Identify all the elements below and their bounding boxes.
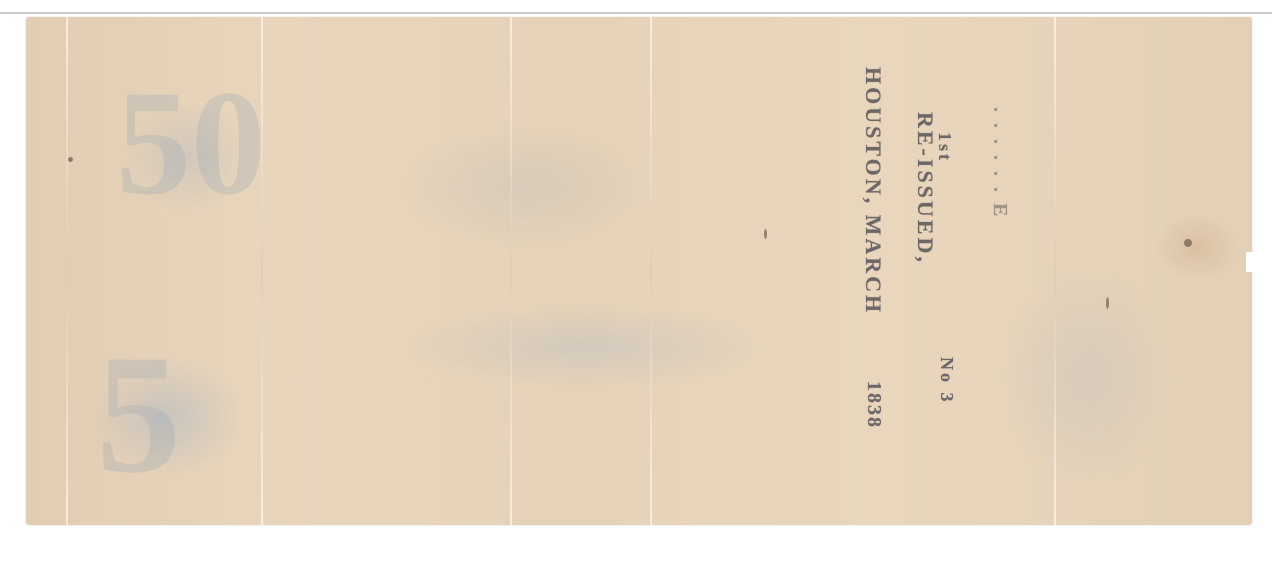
stain-spot: [68, 157, 73, 162]
stain-spot: [1184, 239, 1192, 247]
fold-crease: [650, 17, 652, 525]
stamp-faint-line: . . . . . . E: [988, 107, 1011, 219]
fold-crease: [1054, 17, 1056, 525]
stamp-year: 1838: [862, 381, 885, 429]
edge-tear: [1246, 252, 1254, 272]
fold-crease: [510, 17, 512, 525]
fold-crease: [66, 17, 68, 525]
scan-top-edge: [0, 12, 1272, 14]
bleed-through-denomination: 50: [116, 57, 266, 229]
bleed-through-denomination: 5: [96, 317, 181, 512]
stamp-first: 1st: [934, 132, 955, 163]
banknote-reverse: 50 5 HOUSTON, MARCH 1838 RE-ISSUED, 1st …: [26, 17, 1252, 525]
stain-spot: [764, 229, 767, 239]
stain-spot: [1106, 297, 1109, 309]
stamp-place-date: HOUSTON, MARCH: [860, 67, 886, 315]
stamp-number: No 3: [936, 357, 957, 405]
